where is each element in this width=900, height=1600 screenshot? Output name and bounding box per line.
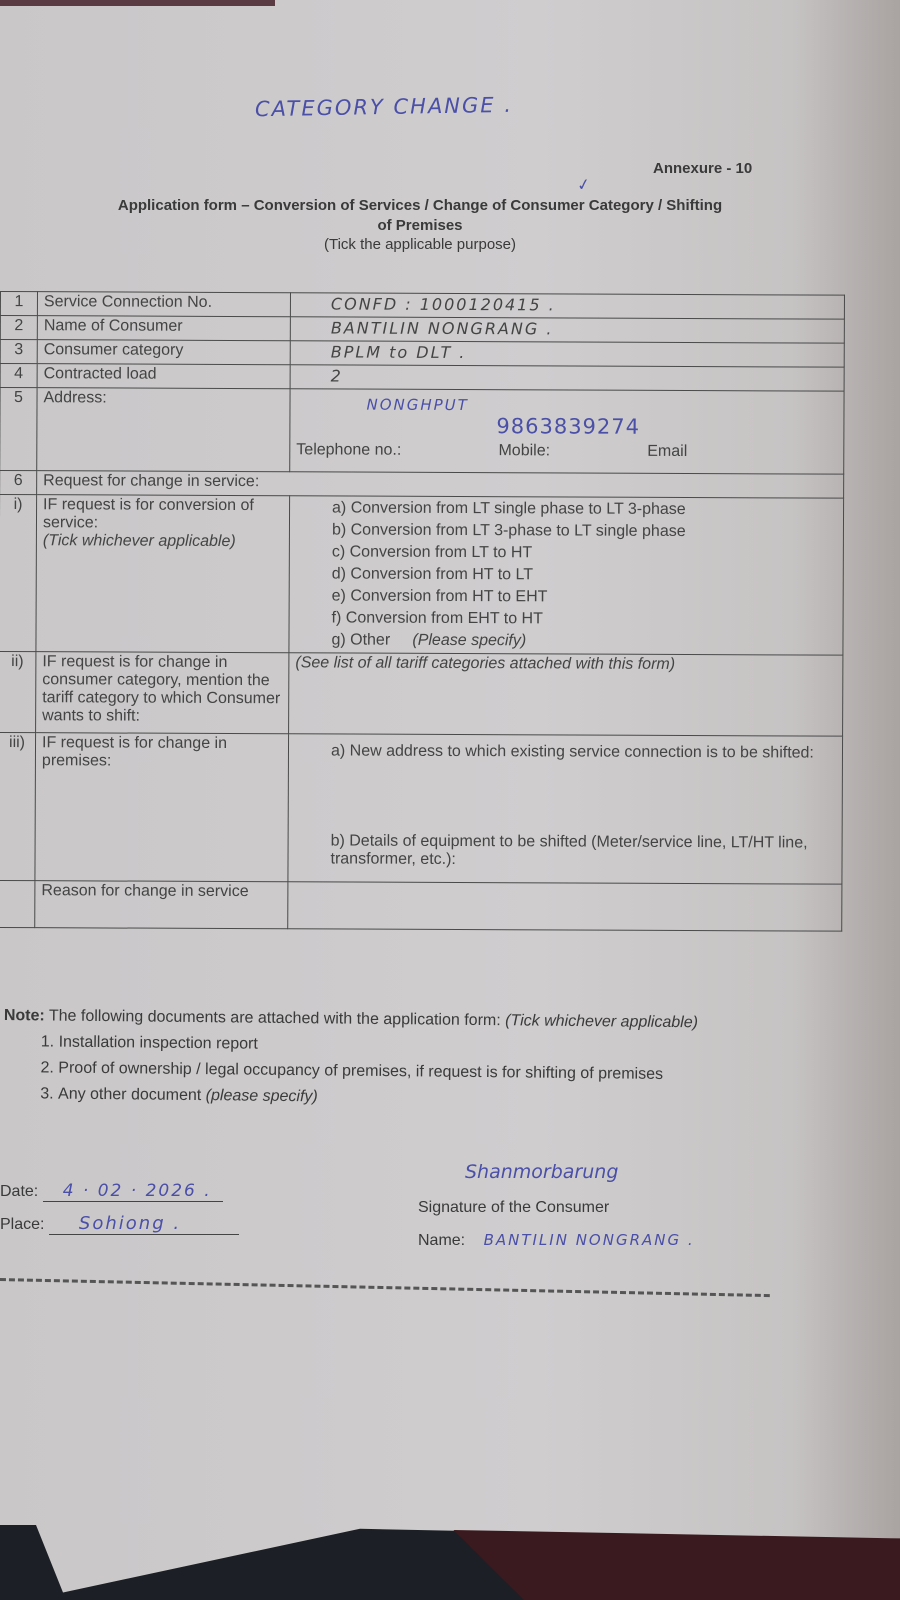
option-lt3-to-lt1[interactable]: b) Conversion from LT 3-phase to LT sing… xyxy=(332,519,837,543)
signature-section: Date: 4 · 02 · 2026 . Place: Sohiong . S… xyxy=(0,1175,900,1265)
row-number: i) xyxy=(0,495,37,652)
option-ht-to-lt[interactable]: d) Conversion from HT to LT xyxy=(332,563,837,587)
table-row: iii) IF request is for change in premise… xyxy=(0,732,843,884)
address-label: Address: xyxy=(37,388,290,472)
table-row: 5 Address: NONGHPUT 9863839274 Telephone… xyxy=(0,388,844,475)
name-row: Name: BANTILIN NONGRANG . xyxy=(418,1231,695,1250)
table-row: i) IF request is for conversion of servi… xyxy=(0,495,844,656)
signature-label: Signature of the Consumer xyxy=(418,1199,609,1217)
option-ht-to-eht[interactable]: e) Conversion from HT to EHT xyxy=(332,585,837,609)
note-text: The following documents are attached wit… xyxy=(45,1007,506,1029)
list-item-text: Any other document xyxy=(58,1086,201,1104)
row-number: 3 xyxy=(0,340,37,364)
name-label: Name: xyxy=(418,1232,465,1249)
address-cell[interactable]: NONGHPUT 9863839274 Telephone no.: Mobil… xyxy=(290,389,844,474)
reason-label: Reason for change in service xyxy=(35,881,288,929)
service-connection-label: Service Connection No. xyxy=(37,292,290,317)
premises-cell[interactable]: a) New address to which existing service… xyxy=(288,734,843,884)
place-row: Place: Sohiong . xyxy=(0,1213,239,1235)
conversion-options: a) Conversion from LT single phase to LT… xyxy=(289,496,844,655)
form-title-line1: Application form – Conversion of Service… xyxy=(30,196,810,216)
list-item[interactable]: Any other document (please specify) xyxy=(58,1084,773,1113)
documents-list: Installation inspection report Proof of … xyxy=(3,1031,774,1113)
request-change-label: Request for change in service: xyxy=(37,471,844,499)
note-hint: (Tick whichever applicable) xyxy=(505,1012,698,1031)
tariff-category-field[interactable]: (See list of all tariff categories attac… xyxy=(289,653,843,736)
table-row: 4 Contracted load 2 xyxy=(0,364,844,392)
list-item[interactable]: Installation inspection report xyxy=(58,1032,773,1061)
row-number: 2 xyxy=(0,316,37,340)
row-number xyxy=(0,880,35,927)
documents-note: Note: The following documents are attach… xyxy=(3,1005,774,1117)
row-number: 5 xyxy=(0,388,37,471)
option-lt-to-ht[interactable]: c) Conversion from LT to HT xyxy=(332,541,837,565)
cut-line-divider xyxy=(0,1278,770,1297)
table-row: 1 Service Connection No. CONFD : 1000120… xyxy=(0,292,844,320)
contracted-load-field[interactable]: 2 xyxy=(290,365,844,391)
consumer-name-field[interactable]: BANTILIN NONGRANG . xyxy=(290,317,844,343)
row-number: iii) xyxy=(0,732,36,880)
conversion-label-cell: IF request is for conversion of service:… xyxy=(36,495,290,653)
check-icon: ✓ xyxy=(575,174,592,196)
row-number: 4 xyxy=(0,364,37,388)
consumer-name-label: Name of Consumer xyxy=(37,316,290,341)
date-row: Date: 4 · 02 · 2026 . xyxy=(0,1181,223,1202)
date-field[interactable]: 4 · 02 · 2026 . xyxy=(43,1181,223,1202)
table-row: 3 Consumer category BPLM to DLT . xyxy=(0,340,844,368)
option-other-hint: (Please specify) xyxy=(412,632,526,649)
handwritten-title: CATEGORY CHANGE . xyxy=(255,93,513,121)
contact-labels: Telephone no.: Mobile: Email xyxy=(296,441,837,461)
signature-field[interactable]: Shanmorbarung xyxy=(465,1161,618,1183)
email-label: Email xyxy=(647,443,687,461)
reason-field[interactable] xyxy=(288,882,842,931)
table-row: ii) IF request is for change in consumer… xyxy=(0,651,843,736)
name-field[interactable]: BANTILIN NONGRANG . xyxy=(484,1231,695,1249)
place-field[interactable]: Sohiong . xyxy=(49,1213,239,1235)
place-label: Place: xyxy=(0,1216,44,1233)
row-number: 1 xyxy=(0,292,37,316)
form-title: Application form – Conversion of Service… xyxy=(30,196,810,236)
consumer-category-field[interactable]: BPLM to DLT . xyxy=(290,341,844,367)
mobile-field[interactable]: 9863839274 xyxy=(496,414,837,439)
address-field[interactable]: NONGHPUT xyxy=(366,396,837,416)
background-strip xyxy=(0,0,275,6)
application-form-table: 1 Service Connection No. CONFD : 1000120… xyxy=(0,291,845,932)
option-lt1-to-lt3[interactable]: a) Conversion from LT single phase to LT… xyxy=(332,497,837,521)
annexure-label: Annexure - 10 xyxy=(653,160,752,177)
equipment-details-field[interactable]: b) Details of equipment to be shifted (M… xyxy=(330,832,835,870)
consumer-category-label: Consumer category xyxy=(37,340,290,365)
date-label: Date: xyxy=(0,1183,38,1200)
list-item-hint: (please specify) xyxy=(206,1087,318,1105)
table-row: 6 Request for change in service: xyxy=(0,471,844,499)
service-connection-field[interactable]: CONFD : 1000120415 . xyxy=(290,293,844,319)
table-row: Reason for change in service xyxy=(0,880,842,931)
form-subtitle: (Tick the applicable purpose) xyxy=(30,236,810,253)
contracted-load-label: Contracted load xyxy=(37,364,290,389)
category-change-label: IF request is for change in consumer cat… xyxy=(36,652,289,734)
conversion-label: IF request is for conversion of service: xyxy=(43,496,283,533)
option-other-label: g) Other xyxy=(331,631,390,648)
mobile-label: Mobile: xyxy=(498,442,550,460)
row-number: 6 xyxy=(0,471,37,495)
option-other[interactable]: g) Other (Please specify) xyxy=(331,629,836,653)
option-eht-to-ht[interactable]: f) Conversion from EHT to HT xyxy=(332,607,837,631)
table-row: 2 Name of Consumer BANTILIN NONGRANG . xyxy=(0,316,844,344)
row-number: ii) xyxy=(0,651,36,732)
conversion-hint: (Tick whichever applicable) xyxy=(43,532,283,551)
new-address-field[interactable]: a) New address to which existing service… xyxy=(331,742,836,834)
form-title-line2: of Premises xyxy=(30,216,810,236)
list-item[interactable]: Proof of ownership / legal occupancy of … xyxy=(58,1058,773,1087)
note-label: Note: xyxy=(4,1007,45,1024)
premises-change-label: IF request is for change in premises: xyxy=(35,733,289,882)
telephone-label: Telephone no.: xyxy=(296,441,401,459)
